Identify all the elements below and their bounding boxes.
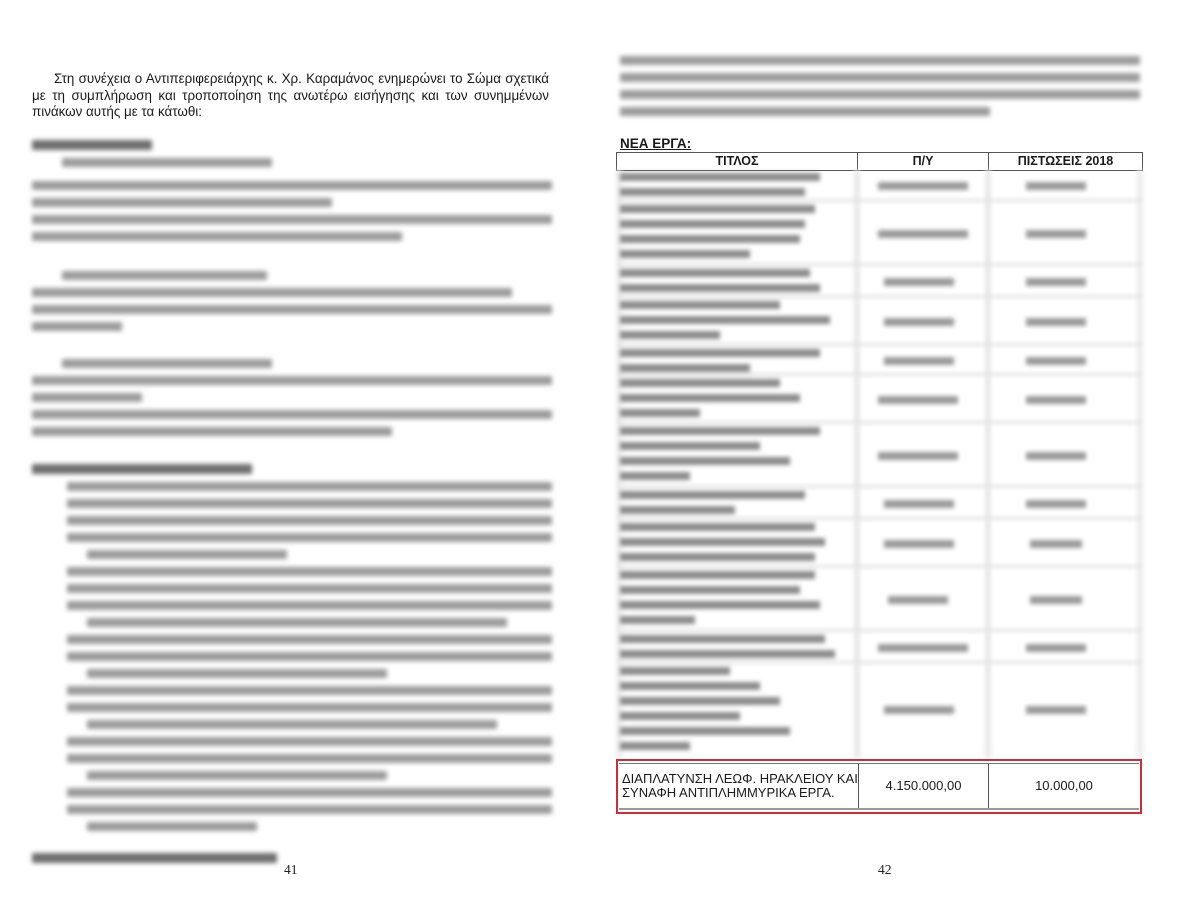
section-title: ΝΕΑ ΕΡΓΑ: [620,136,691,151]
column-header-title: ΤΙΤΛΟΣ [617,153,858,171]
page-number: 42 [878,862,892,878]
page-number: 41 [284,862,298,878]
row-budget: 4.150.000,00 [859,764,989,808]
page-41: Στη συνέχεια ο Αντιπεριφερειάρχης κ. Χρ.… [0,0,600,915]
redacted-table-rows [616,170,1143,758]
column-header-credits-2018: ΠΙΣΤΩΣΕΙΣ 2018 [989,153,1143,171]
intro-paragraph: Στη συνέχεια ο Αντιπεριφερειάρχης κ. Χρ.… [32,71,549,121]
redacted-body-text [32,140,552,871]
highlighted-table-row: ΔΙΑΠΛΑΤΥΝΣΗ ΛΕΩΦ. ΗΡΑΚΛΕΙΟΥ ΚΑΙ ΣΥΝΑΦΗ Α… [616,759,1142,814]
redacted-top-paragraph [620,56,1140,124]
column-header-budget: Π/Υ [858,153,989,171]
row-credits-2018: 10.000,00 [989,764,1139,808]
new-works-table: ΤΙΤΛΟΣ Π/Υ ΠΙΣΤΩΣΕΙΣ 2018 [616,152,1143,171]
row-title: ΔΙΑΠΛΑΤΥΝΣΗ ΛΕΩΦ. ΗΡΑΚΛΕΙΟΥ ΚΑΙ ΣΥΝΑΦΗ Α… [619,764,859,808]
intro-text: Στη συνέχεια ο Αντιπεριφερειάρχης κ. Χρ.… [32,71,549,119]
